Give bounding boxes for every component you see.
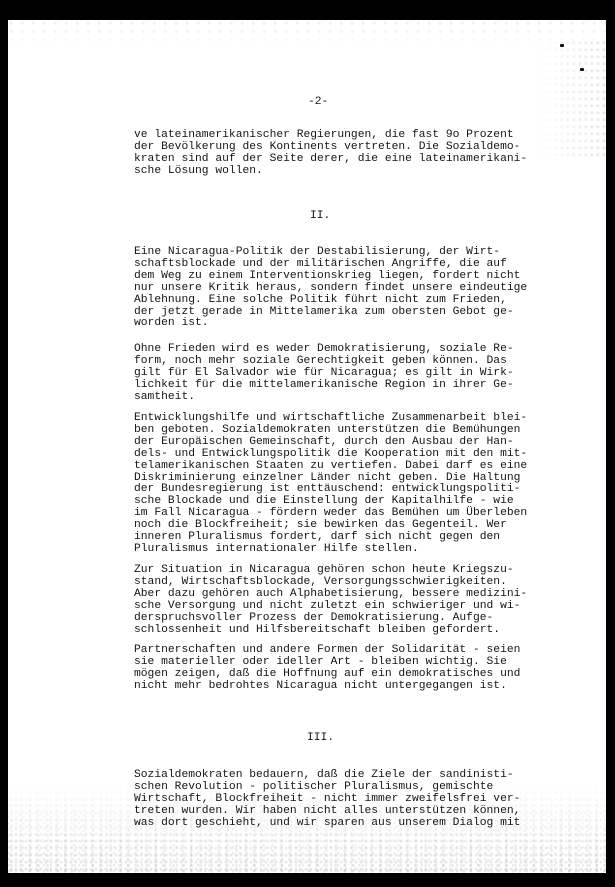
- paragraph: Ohne Frieden wird es weder Demokratisier…: [134, 344, 514, 404]
- text-line: Aber dazu gehören auch Alphabetisierung,…: [134, 589, 527, 601]
- text-line: samtheit.: [134, 392, 514, 404]
- text-line: nicht mehr bedrohtes Nicaragua nicht unt…: [134, 681, 520, 693]
- paragraph: ve lateinamerikanischer Regierungen, die…: [134, 130, 527, 178]
- paragraph: Eine Nicaragua-Politik der Destabilisier…: [134, 247, 527, 330]
- scan-noise-top: [8, 20, 606, 50]
- text-line: Wirtschaft, Blockfreiheit - nicht immer …: [134, 794, 520, 806]
- text-line: sche Versorgung und nicht zuletzt ein sc…: [134, 601, 527, 613]
- text-line: Pluralismus internationaler Hilfe stelle…: [134, 544, 527, 556]
- text-line: der Europäischen Gemeinschaft, durch den…: [134, 437, 527, 449]
- page-number: -2-: [308, 97, 328, 109]
- scan-noise-right: [536, 40, 606, 160]
- section-heading-iii: III.: [307, 733, 334, 745]
- text-line: Ablehnung. Eine solche Politik führt nic…: [134, 295, 527, 307]
- scan-blot: [560, 44, 564, 47]
- paragraph: Partnerschaften und andere Formen der So…: [134, 645, 520, 693]
- text-line: telamerikanischen Staaten zu vertiefen. …: [134, 461, 527, 473]
- text-line: lichkeit für die mittelamerikanische Reg…: [134, 380, 514, 392]
- text-line: schlossenheit und Hilfsbereitschaft blei…: [134, 625, 527, 637]
- text-line: sche Lösung wollen.: [134, 166, 527, 178]
- text-line: nur unsere Kritik heraus, sondern findet…: [134, 283, 527, 295]
- text-line: was dort geschieht, und wir sparen aus u…: [134, 818, 520, 830]
- text-line: dels- und Entwicklungspolitik die Kooper…: [134, 449, 527, 461]
- paragraph: Zur Situation in Nicaragua gehören schon…: [134, 565, 527, 636]
- scan-blot: [580, 68, 584, 71]
- text-line: worden ist.: [134, 318, 527, 330]
- text-line: mögen zeigen, daß die Hoffnung auf ein d…: [134, 669, 520, 681]
- text-line: treten wurden. Wir haben nicht alles unt…: [134, 806, 520, 818]
- text-line: dem Weg zu einem Interventionskrieg lieg…: [134, 271, 527, 283]
- scanned-page: -2- ve lateinamerikanischer Regierungen,…: [8, 20, 606, 873]
- text-line: kraten sind auf der Seite derer, die ein…: [134, 154, 527, 166]
- text-line: gilt für El Salvador wie für Nicaragua; …: [134, 368, 514, 380]
- section-heading-ii: II.: [310, 211, 330, 223]
- paragraph: Sozialdemokraten bedauern, daß die Ziele…: [134, 770, 520, 830]
- text-line: derspruchsvoller Prozess der Demokratisi…: [134, 613, 527, 625]
- paragraph: Entwicklungshilfe und wirtschaftliche Zu…: [134, 413, 527, 556]
